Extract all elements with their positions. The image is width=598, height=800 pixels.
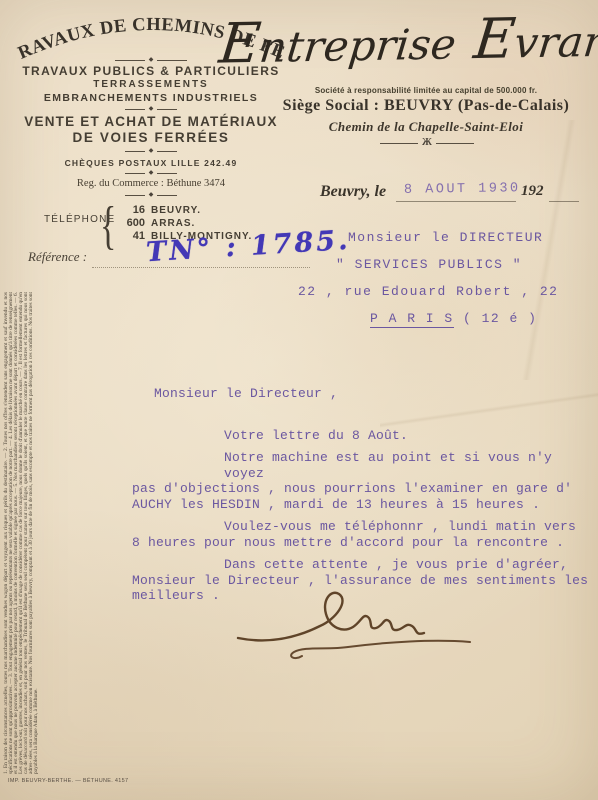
company-name: Entreprise Evrard	[262, 12, 588, 74]
diamond-icon: ◆	[149, 192, 154, 198]
body-line: Votre lettre du 8 Août.	[132, 428, 597, 444]
divider-ornament: ◆	[0, 106, 302, 112]
paragraph: Votre lettre du 8 Août.	[132, 428, 597, 444]
addressee-line: 22 , rue Edouard Robert , 22	[298, 278, 558, 305]
addressee-city-suffix: ( 12 é )	[454, 311, 538, 326]
conditions-text: 1. En raison des circonstances actuelles…	[4, 292, 54, 774]
paragraph: Notre machine est au point et si vous n'…	[132, 450, 597, 512]
addressee-city-line: P A R I S ( 12 é )	[298, 305, 558, 332]
sale-line-1: VENTE ET ACHAT DE MATÉRIAUX	[0, 114, 302, 129]
body-line: Notre machine est au point et si vous n'…	[132, 450, 597, 481]
date-stamp: 8 AOUT 1930	[404, 181, 521, 198]
body-line: AUCHY les HESDIN , mardi de 13 heures à …	[132, 497, 597, 513]
diamond-icon: ◆	[149, 148, 154, 154]
addressee-line: Monsieur le DIRECTEUR	[298, 224, 558, 251]
company-word-1: Entreprise	[216, 11, 459, 77]
dateline-place: Beuvry, le	[320, 183, 386, 201]
siege-social-line: Siège Social : BEUVRY (Pas-de-Calais)	[266, 97, 586, 115]
body-line: 8 heures pour nous mettre d'accord pour …	[132, 535, 597, 551]
divider-ornament: ◆	[0, 170, 302, 176]
paragraph: Voulez-vous me téléphonnr , lundi matin …	[132, 519, 597, 550]
letter-page: TRAVAUX DE CHEMINS DE FER ◆ TRAVAUX PUBL…	[0, 0, 598, 800]
divider-ornament: Ж	[352, 138, 502, 148]
conditions-margin: 1. En raison des circonstances actuelles…	[4, 292, 54, 774]
reference-label: Référence :	[28, 249, 87, 265]
address-chemin-line: Chemin de la Chapelle-Saint-Eloi	[266, 119, 586, 135]
salutation: Monsieur le Directeur ,	[132, 386, 597, 402]
addressee-block: Monsieur le DIRECTEUR " SERVICES PUBLICS…	[298, 224, 558, 332]
diamond-icon: ◆	[149, 170, 154, 176]
year-prefix: 192	[521, 183, 544, 200]
divider-ornament: ◆	[0, 192, 302, 198]
societe-line: Société à responsabilité limitée au capi…	[266, 86, 586, 95]
company-word-2: Evrard	[471, 8, 598, 73]
addressee-city: P A R I S	[370, 311, 454, 328]
registre-commerce-line: Reg. du Commerce : Béthune 3474	[0, 178, 302, 189]
printer-imprint: IMP. BEUVRY-BERTHE. — BÉTHUNE. 4157	[8, 778, 128, 784]
body-line: pas d'objections , nous pourrions l'exam…	[132, 481, 597, 497]
body-line: Dans cette attente , je vous prie d'agré…	[132, 557, 597, 573]
diamond-icon: ◆	[149, 106, 154, 112]
sale-line-2: DE VOIES FERRÉES	[0, 130, 302, 145]
diamond-icon: ◆	[149, 57, 154, 63]
activity-line-2: TERRASSEMENTS	[0, 79, 302, 90]
addressee-line: " SERVICES PUBLICS "	[298, 251, 558, 278]
body-line: Voulez-vous me téléphonnr , lundi matin …	[132, 519, 597, 535]
activity-line-3: EMBRANCHEMENTS INDUSTRIELS	[0, 92, 302, 104]
dateline-rule	[396, 201, 516, 202]
dateline-rule	[549, 201, 579, 202]
cheques-postaux-line: CHÈQUES POSTAUX LILLE 242.49	[0, 158, 302, 168]
knot-icon: Ж	[422, 138, 432, 148]
telephone-number: 41	[118, 230, 145, 242]
letter-body: Monsieur le Directeur , Votre lettre du …	[132, 386, 597, 611]
handwritten-signature	[232, 586, 494, 678]
divider-ornament: ◆	[0, 148, 302, 154]
